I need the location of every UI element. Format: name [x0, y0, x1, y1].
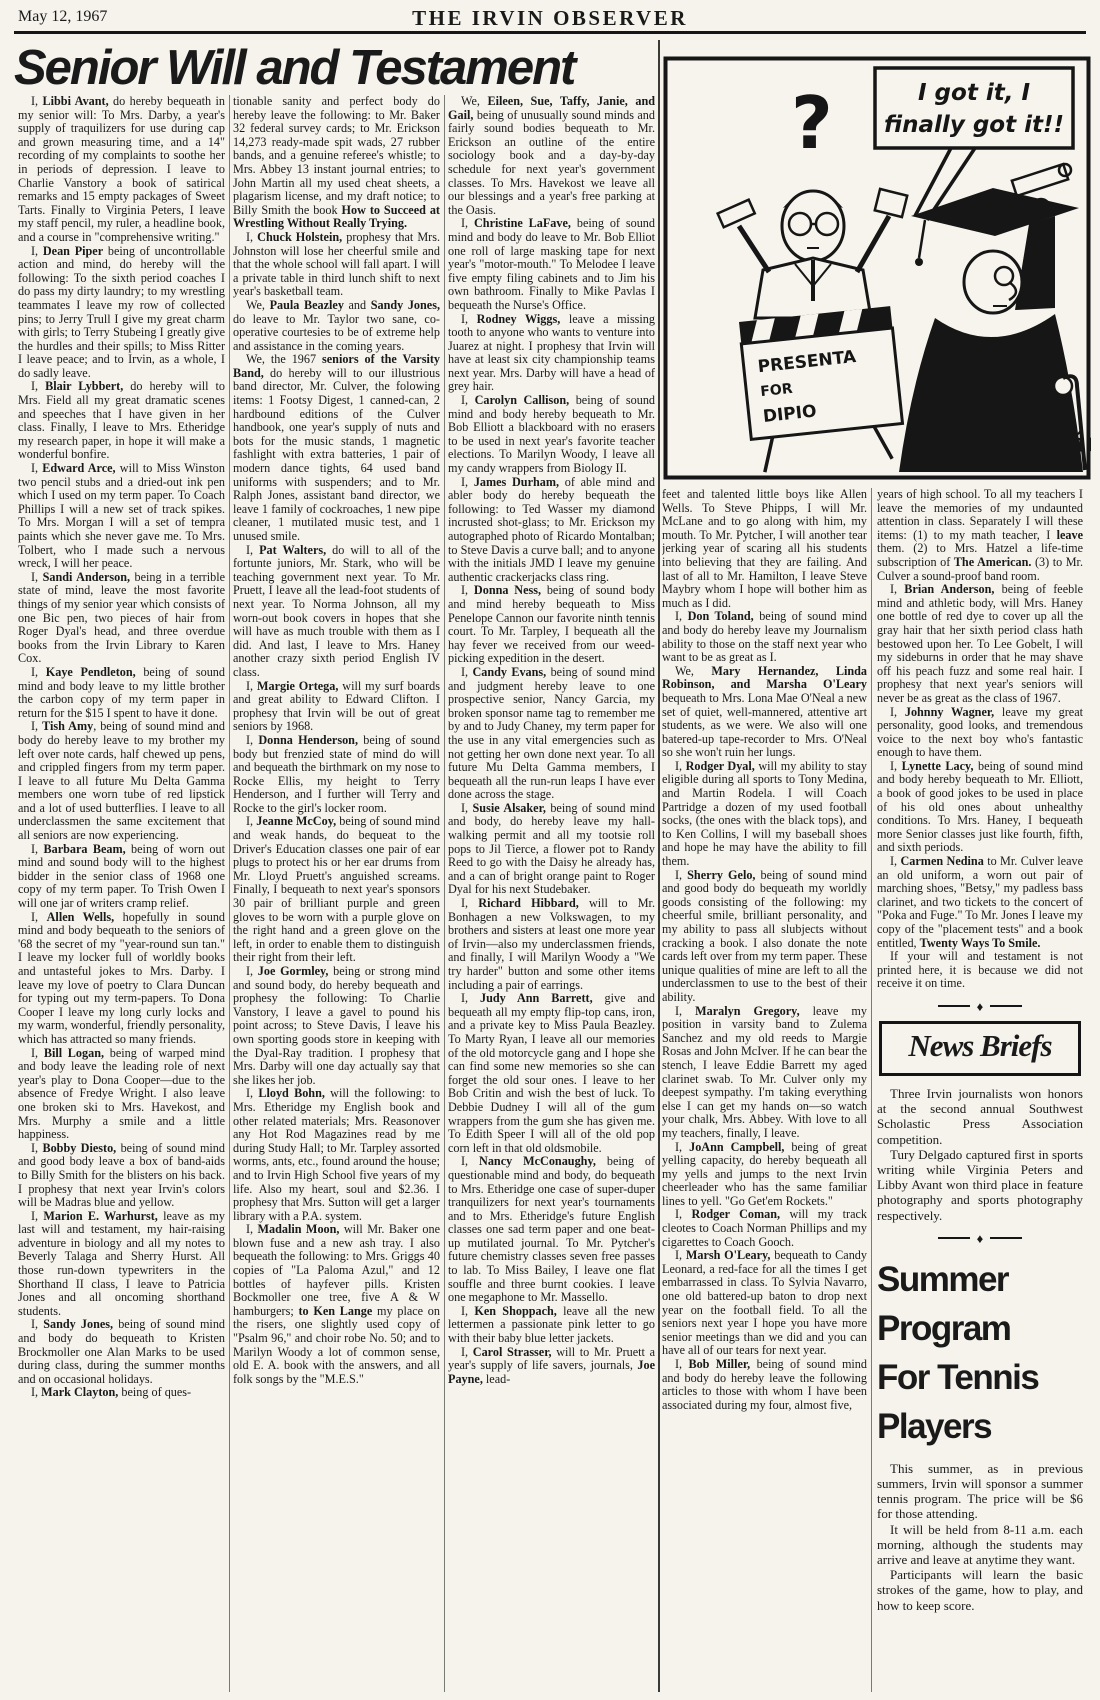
article-paragraph: I, Lynette Lacy, being of sound mind and… [877, 760, 1083, 855]
article-paragraph: I, Barbara Beam, being of worn out mind … [18, 843, 225, 911]
article-paragraph: This summer, as in previous summers, Irv… [877, 1461, 1083, 1522]
editorial-cartoon: I got it, I finally got it!! ? [663, 56, 1091, 480]
article-column-5: years of high school. To all my teachers… [877, 488, 1083, 1695]
article-paragraph: I, Susie Alsaker, being of sound mind an… [448, 802, 655, 897]
article-paragraph: We, Mary Hernandez, Linda Robinson, and … [662, 665, 867, 760]
article-paragraph: We, Eileen, Sue, Taffy, Janie, and Gail,… [448, 95, 655, 217]
cartoon-illustration: I got it, I finally got it!! ? [663, 56, 1091, 480]
article-column-4: feet and talented little boys like Allen… [662, 488, 867, 1695]
article-paragraph: I, Brian Anderson, being of feeble mind … [877, 583, 1083, 705]
main-column-rule [658, 40, 660, 1692]
article-paragraph: I, Ken Shoppach, leave all the new lette… [448, 1305, 655, 1346]
article-headline: Senior Will and Testament [14, 40, 654, 96]
article-paragraph: tionable sanity and perfect body do here… [233, 95, 440, 231]
article-paragraph: I, Chuck Holstein, prophesy that Mrs. Jo… [233, 231, 440, 299]
article-paragraph: I, Sandy Jones, being of sound mind and … [18, 1318, 225, 1386]
section-divider: ♦ [877, 1232, 1083, 1245]
article-paragraph: I, Libbi Avant, do hereby bequeath in my… [18, 95, 225, 245]
article-paragraph: I, Marion E. Warhurst, leave as my last … [18, 1210, 225, 1319]
article-paragraph: We, Paula Beazley and Sandy Jones, do le… [233, 299, 440, 353]
article-paragraph: I, Don Toland, being of sound mind and b… [662, 610, 867, 664]
article-paragraph: I, Margie Ortega, will my surf boards an… [233, 680, 440, 734]
article-paragraph: I, Donna Henderson, being of sound body … [233, 734, 440, 816]
article-paragraph: I, Bill Logan, being of warped mind and … [18, 1047, 225, 1142]
article-paragraph: I, Jeanne McCoy, being of sound mind and… [233, 815, 440, 965]
sign-line2: FOR [760, 381, 794, 400]
article-paragraph: I, Dean Piper being of uncontrollable ac… [18, 245, 225, 381]
newspaper-page: May 12, 1967 THE IRVIN OBSERVER Senior W… [0, 0, 1100, 1700]
article-paragraph: Three Irvin journalists won honors at th… [877, 1086, 1083, 1147]
article-paragraph: It will be held from 8-11 a.m. each morn… [877, 1522, 1083, 1568]
speech-bubble-line2: finally got it!! [884, 112, 1064, 138]
masthead-title: THE IRVIN OBSERVER [0, 6, 1100, 31]
article-paragraph: I, Lloyd Bohn, will the following: to Mr… [233, 1087, 440, 1223]
speech-bubble-line1: I got it, I [918, 80, 1030, 106]
column-rule [229, 95, 230, 1692]
article-paragraph: I, Candy Evans, being of sound mind and … [448, 666, 655, 802]
article-paragraph: Participants will learn the basic stroke… [877, 1567, 1083, 1613]
article-paragraph: I, Edward Arce, will to Miss Winston two… [18, 462, 225, 571]
summer-program-heading: Summer ProgramFor Tennis Players [877, 1255, 1083, 1451]
article-paragraph: I, Donna Ness, being of sound body and m… [448, 584, 655, 666]
article-paragraph: I, Tish Amy, being of sound mind and bod… [18, 720, 225, 842]
article-paragraph: We, the 1967 seniors of the Varsity Band… [233, 353, 440, 543]
column-rule [444, 95, 445, 1692]
article-paragraph: I, Bob Miller, being of sound mind and b… [662, 1358, 867, 1412]
article-paragraph: I, Allen Wells, hopefully in sound mind … [18, 911, 225, 1047]
section-divider: ♦ [877, 1000, 1083, 1013]
article-paragraph: I, Carmen Nedina to Mr. Culver leave an … [877, 855, 1083, 950]
article-paragraph: I, Judy Ann Barrett, give and bequeath a… [448, 992, 655, 1155]
article-column-1: I, Libbi Avant, do hereby bequeath in my… [18, 95, 225, 1695]
article-paragraph: I, Rodney Wiggs, leave a missing tooth t… [448, 313, 655, 395]
article-paragraph: I, Maralyn Gregory, leave my position in… [662, 1005, 867, 1141]
article-paragraph: feet and talented little boys like Allen… [662, 488, 867, 610]
article-paragraph: I, Bobby Diesto, being of sound mind and… [18, 1142, 225, 1210]
article-paragraph: I, Madalin Moon, will Mr. Baker one blow… [233, 1223, 440, 1386]
article-paragraph: I, James Durham, of able mind and abler … [448, 476, 655, 585]
article-paragraph: I, Nancy McConaughy, being of questionab… [448, 1155, 655, 1305]
article-paragraph: I, Blair Lybbert, do hereby will to Mrs.… [18, 380, 225, 462]
article-paragraph: I, Rodger Dyal, will my ability to stay … [662, 760, 867, 869]
article-paragraph: I, Sherry Gelo, being of sound mind and … [662, 869, 867, 1005]
article-paragraph: I, JoAnn Campbell, being of great yellin… [662, 1141, 867, 1209]
article-paragraph: I, Rodger Coman, will my track cleotes t… [662, 1208, 867, 1249]
article-paragraph: I, Marsh O'Leary, bequeath to Candy Leon… [662, 1249, 867, 1358]
article-paragraph: I, Mark Clayton, being of ques- [18, 1386, 225, 1400]
article-paragraph: I, Kaye Pendleton, being of sound mind a… [18, 666, 225, 720]
masthead-rule [14, 31, 1086, 34]
article-paragraph: I, Christine LaFave, being of sound mind… [448, 217, 655, 312]
article-paragraph: I, Carol Strasser, will to Mr. Pruett a … [448, 1346, 655, 1387]
question-mark: ? [791, 81, 833, 165]
article-paragraph: I, Carolyn Callison, being of sound mind… [448, 394, 655, 476]
column-rule [871, 488, 872, 1692]
article-paragraph: If your will and testament is not printe… [877, 950, 1083, 991]
article-paragraph: Tury Delgado captured first in sports wr… [877, 1147, 1083, 1223]
article-column-2: tionable sanity and perfect body do here… [233, 95, 440, 1695]
article-paragraph: I, Richard Hibbard, will to Mr. Bonhagen… [448, 897, 655, 992]
article-paragraph: I, Johnny Wagner, leave my great persona… [877, 706, 1083, 760]
article-column-3: We, Eileen, Sue, Taffy, Janie, and Gail,… [448, 95, 655, 1695]
news-briefs-heading: News Briefs [879, 1021, 1081, 1076]
article-paragraph: I, Joe Gormley, being or strong mind and… [233, 965, 440, 1087]
article-paragraph: years of high school. To all my teachers… [877, 488, 1083, 583]
article-paragraph: I, Sandi Anderson, being in a terrible s… [18, 571, 225, 666]
article-paragraph: I, Pat Walters, do will to all of the fo… [233, 544, 440, 680]
